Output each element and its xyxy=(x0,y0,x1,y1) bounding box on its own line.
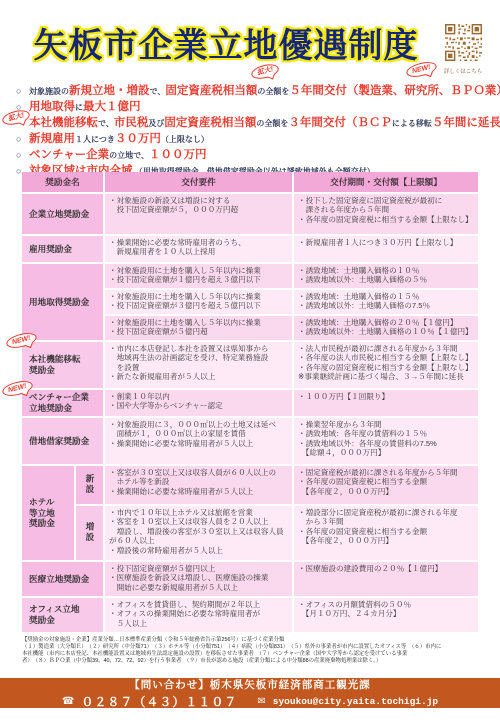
column-header-name: 奨励金名 xyxy=(22,172,103,192)
column-header-requirement: 交付要件 xyxy=(105,172,292,192)
cell-requirement: ・市内で１０年以上ホテル又は旅館を営業 ・客室を１０室以上又は収容人員を２０人以… xyxy=(105,506,292,560)
row-sublabel-hotel-expand: 増設 xyxy=(76,506,103,560)
contact-details: ☎ ０２８７（４３）１１０７ ✉ syoukou@city.yaita.toch… xyxy=(0,693,500,710)
cell-requirement: ・対象施設の新設又は増設に対する 投下固定資産額が５，０００万円超 xyxy=(105,194,292,234)
cell-grant: ・誘致地域：土地購入価格の１５％ ・誘致地域以外：土地購入価格の7.5％ xyxy=(294,290,478,314)
row-label-corporate-location: 企業立地奨励金 xyxy=(22,194,103,234)
qr-block: 詳しくはこちら xyxy=(443,24,483,75)
cell-grant: ・固定資産税が最初に課される年度から５年間 ・各年度の固定資産税に相当する金額 … xyxy=(294,466,478,504)
qr-caption: 詳しくはこちら xyxy=(443,67,483,75)
cell-requirement: ・創業１０年以内 ・国や大学等からベンチャー認定 xyxy=(105,390,292,416)
contact-footer: 【問い合わせ】栃木県矢板市経済部商工観光課 ☎ ０２８７（４３）１１０７ ✉ s… xyxy=(0,678,500,708)
bullet-hq-relocation: 本社機能移転で、市民税及び固定資産税相当額の全額を３年間交付（ＢＣＰによる移転５… xyxy=(16,115,492,131)
qr-code-icon xyxy=(445,24,482,61)
cell-grant: ・増設部分に固定資産税が最初に課される年度 から３年間 ・各年度の固定資産税に相… xyxy=(294,506,478,560)
flyer-page: 矢板市企業立地優遇制度 詳しくはこちら ○ 対象施設の新規立地・増設で、固定資産… xyxy=(0,0,500,722)
incentive-table: 奨励金名 交付要件 交付期間・交付額【上限額】 企業立地奨励金 ・対象施設の新設… xyxy=(22,172,480,632)
cell-requirement: ・対象施設用に３，０００㎡以上の土地又は延べ 面積が１，０００㎡以上の家屋を賃借… xyxy=(105,418,292,464)
email-icon: ✉ xyxy=(257,696,266,707)
column-header-grant: 交付期間・交付額【上限額】 xyxy=(294,172,478,192)
contact-heading: 【問い合わせ】栃木県矢板市経済部商工観光課 xyxy=(0,677,500,692)
cell-requirement: ・対象施設用に土地を購入し５年以内に操業 ・投下固定資産額が５億円超 xyxy=(105,316,292,340)
row-label-land-acquisition: 用地取得奨励金 xyxy=(22,264,103,340)
cell-grant: ・法人市民税が最初に課される年度から３年間 ・各年度の法人市民税に相当する金額【… xyxy=(294,342,478,388)
bullet-venture: ○ ベンチャー企業の立地で、１００万円 xyxy=(16,147,492,163)
cell-grant: ・オフィスの月額賃借料の５０％ 【月１０万円、２４カ月分】 xyxy=(294,598,478,632)
row-label-lease: 借地借家奨励金 xyxy=(22,418,103,464)
cell-grant: ・投下した固定資産に固定資産税が最初に 課される年度から５年間 ・各年度の固定資… xyxy=(294,194,478,234)
row-label-office: オフィス立地 奨励金 xyxy=(22,598,103,632)
cell-requirement: ・投下固定資産額が５億円以上 ・医療施設を新設又は増設し、医療施設の操業 開始に… xyxy=(105,562,292,596)
cell-requirement: ・市内に本店登記し本社を設置又は県知事から 地域再生法の計画認定を受け、特定業務… xyxy=(105,342,292,388)
phone-icon: ☎ xyxy=(62,696,75,707)
cell-grant: ・誘致地域：土地購入価格の１０％ ・誘致地域以外：土地購入価格の５％ xyxy=(294,264,478,288)
phone-number: ０２８７（４３）１１０７ xyxy=(81,693,237,710)
page-title: 矢板市企業立地優遇制度 xyxy=(0,18,452,67)
email-address: syoukou@city.yaita.tochigi.jp xyxy=(273,696,438,707)
bullet-land-acquisition: ○ 用地取得に最大１億円 xyxy=(16,99,492,115)
cell-requirement: ・操業開始に必要な常時雇用者のうち、 新規雇用者を１０人以上採用 xyxy=(105,236,292,262)
cell-grant: ・操業翌年度から３年間 ・誘致地域：各年度の賃借料の１５％ ・誘致地域以外：各年… xyxy=(294,418,478,464)
cell-requirement: ・オフィスを賃貸借し、契約期間が２年以上 ・オフィスの操業開始に必要な常時雇用者… xyxy=(105,598,292,632)
fine-print: 【奨励金の対象施設・企業】産業分類…日本標準産業分類（令和５年総務省告示第256… xyxy=(22,637,480,665)
bullet-new-location: ○ 対象施設の新規立地・増設で、固定資産税相当額の全額を５年間交付（製造業、研究… xyxy=(16,83,492,99)
cell-grant: ・医療施設の建設費用の２０％【１億円】 xyxy=(294,562,478,596)
row-label-hotel: ホテル 等立地 奨励金 xyxy=(22,466,74,560)
cell-requirement: ・客室が３０室以上又は収容人員が６０人以上の ホテル等を新設 ・操業開始に必要な… xyxy=(105,466,292,504)
cell-grant: ・１００万円【１回限り】 xyxy=(294,390,478,416)
cell-requirement: ・対象施設用に土地を購入し５年以内に操業 ・投下固定資産額が１億円を超え３億円以… xyxy=(105,264,292,288)
bullet-new-employment: ○ 新規雇用１人につき３０万円（上限なし） xyxy=(16,131,492,147)
row-label-venture: ベンチャー企業 立地奨励金 xyxy=(22,390,103,416)
row-label-medical: 医療立地奨励金 xyxy=(22,562,103,596)
highlight-bullets: ○ 対象施設の新規立地・増設で、固定資産税相当額の全額を５年間交付（製造業、研究… xyxy=(16,83,492,178)
cell-grant: ・誘致地域：土地購入価格の２０％【１億円】 ・誘致地域以外：土地購入価格の１０％… xyxy=(294,316,478,340)
row-sublabel-hotel-new: 新設 xyxy=(76,466,103,504)
cell-grant: ・新規雇用者１人につき３０万円【上限なし】 xyxy=(294,236,478,262)
row-label-hq-relocation: 本社機能移転 奨励金 xyxy=(22,342,103,388)
row-label-employment: 雇用奨励金 xyxy=(22,236,103,262)
cell-requirement: ・対象施設用に土地を購入し５年以内に操業 ・投下固定資産額が３億円を超え５億円以… xyxy=(105,290,292,314)
